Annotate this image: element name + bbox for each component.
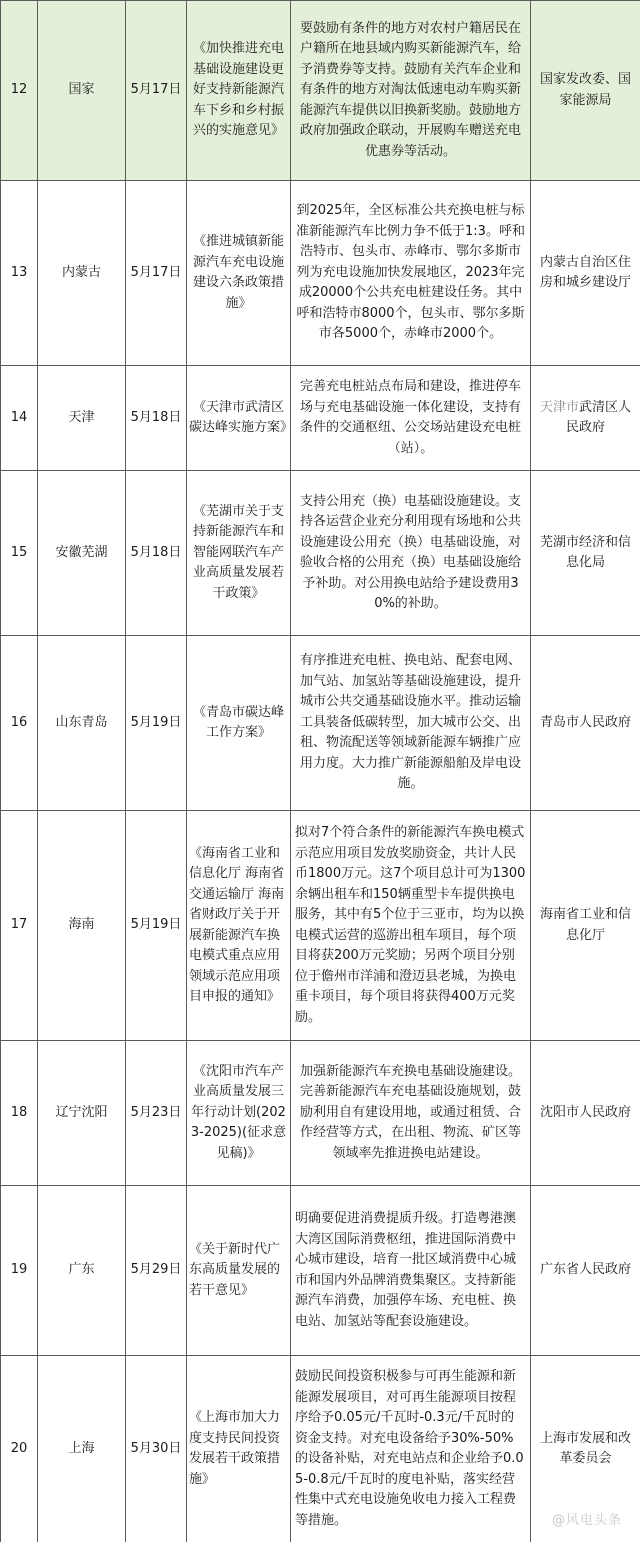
region-cell: 天津 bbox=[38, 366, 126, 471]
department-cell: 国家发改委、国家能源局 bbox=[531, 1, 640, 181]
row-number: 13 bbox=[1, 181, 38, 366]
table-row: 19 广东 5月29日 《关于新时代广东高质量发展的若干意见》 明确要促进消费提… bbox=[1, 1186, 640, 1356]
table-row: 18 辽宁沈阳 5月23日 《沈阳市汽车产业高质量发展三年行动计划(2023-2… bbox=[1, 1041, 640, 1186]
department-cell: 沈阳市人民政府 bbox=[531, 1041, 640, 1186]
region-cell: 安徽芜湖 bbox=[38, 471, 126, 636]
region-cell: 广东 bbox=[38, 1186, 126, 1356]
date-cell: 5月19日 bbox=[126, 811, 187, 1041]
date-cell: 5月30日 bbox=[126, 1356, 187, 1542]
policy-table: 12 国家 5月17日 《加快推进充电基础设施建设更好支持新能源汽车下乡和乡村振… bbox=[0, 0, 640, 1542]
table-row: 15 安徽芜湖 5月18日 《芜湖市关于支持新能源汽车和智能网联汽车产业高质量发… bbox=[1, 471, 640, 636]
policy-title-cell: 《青岛市碳达峰工作方案》 bbox=[187, 636, 291, 811]
region-cell: 内蒙古 bbox=[38, 181, 126, 366]
date-cell: 5月23日 bbox=[126, 1041, 187, 1186]
row-number: 16 bbox=[1, 636, 38, 811]
region-cell: 辽宁沈阳 bbox=[38, 1041, 126, 1186]
policy-table-page: 12 国家 5月17日 《加快推进充电基础设施建设更好支持新能源汽车下乡和乡村振… bbox=[0, 0, 640, 1542]
department-cell: 青岛市人民政府 bbox=[531, 636, 640, 811]
policy-title-cell: 《关于新时代广东高质量发展的若干意见》 bbox=[187, 1186, 291, 1356]
policy-content-cell: 加强新能源汽车充换电基础设施建设。完善新能源汽车充电基础设施规划，鼓励利用自有建… bbox=[291, 1041, 531, 1186]
policy-title-cell: 《沈阳市汽车产业高质量发展三年行动计划(2023-2025)(征求意见稿)》 bbox=[187, 1041, 291, 1186]
table-row: 14 天津 5月18日 《天津市武清区碳达峰实施方案》 完善充电桩站点布局和建设… bbox=[1, 366, 640, 471]
date-cell: 5月17日 bbox=[126, 181, 187, 366]
department-cell: 广东省人民政府 bbox=[531, 1186, 640, 1356]
region-cell: 国家 bbox=[38, 1, 126, 181]
row-number: 12 bbox=[1, 1, 38, 181]
row-number: 15 bbox=[1, 471, 38, 636]
policy-content-cell: 支持公用充（换）电基础设施建设。支持各运营企业充分利用现有场地和公共设施建设公用… bbox=[291, 471, 531, 636]
policy-title-cell: 《海南省工业和信息化厅 海南省交通运输厅 海南省财政厅关于开展新能源汽车换电模式… bbox=[187, 811, 291, 1041]
department-cell: 内蒙古自治区住房和城乡建设厅 bbox=[531, 181, 640, 366]
region-cell: 海南 bbox=[38, 811, 126, 1041]
table-row: 20 上海 5月30日 《上海市加大力度支持民间投资发展若干政策措施》 鼓励民间… bbox=[1, 1356, 640, 1542]
table-row: 17 海南 5月19日 《海南省工业和信息化厅 海南省交通运输厅 海南省财政厅关… bbox=[1, 811, 640, 1041]
policy-title-cell: 《芜湖市关于支持新能源汽车和智能网联汽车产业高质量发展若干政策》 bbox=[187, 471, 291, 636]
department-cell: 天津市武清区人民政府 bbox=[531, 366, 640, 471]
policy-content-cell: 有序推进充电桩、换电站、配套电网、加气站、加氢站等基础设施建设，提升城市公共交通… bbox=[291, 636, 531, 811]
department-cell: 海南省工业和信息化厅 bbox=[531, 811, 640, 1041]
policy-content-cell: 拟对7个符合条件的新能源汽车换电模式示范应用项目发放奖励资金，共计人民币1800… bbox=[291, 811, 531, 1041]
row-number: 20 bbox=[1, 1356, 38, 1542]
row-number: 18 bbox=[1, 1041, 38, 1186]
department-cell: 芜湖市经济和信息化局 bbox=[531, 471, 640, 636]
region-cell: 上海 bbox=[38, 1356, 126, 1542]
policy-content-cell: 要鼓励有条件的地方对农村户籍居民在户籍所在地县域内购买新能源汽车，给予消费券等支… bbox=[291, 1, 531, 181]
row-number: 17 bbox=[1, 811, 38, 1041]
policy-title-cell: 《加快推进充电基础设施建设更好支持新能源汽车下乡和乡村振兴的实施意见》 bbox=[187, 1, 291, 181]
row-number: 14 bbox=[1, 366, 38, 471]
date-cell: 5月17日 bbox=[126, 1, 187, 181]
policy-title-cell: 《上海市加大力度支持民间投资发展若干政策措施》 bbox=[187, 1356, 291, 1542]
date-cell: 5月18日 bbox=[126, 366, 187, 471]
date-cell: 5月29日 bbox=[126, 1186, 187, 1356]
watermark: @风电头条 bbox=[552, 1509, 622, 1528]
policy-content-cell: 鼓励民间投资积极参与可再生能源和新能源发展项目，对可再生能源项目按程序给予0.0… bbox=[291, 1356, 531, 1542]
policy-content-cell: 明确要促进消费提质升级。打造粤港澳大湾区国际消费枢纽，推进国际消费中心城市建设，… bbox=[291, 1186, 531, 1356]
table-row: 16 山东青岛 5月19日 《青岛市碳达峰工作方案》 有序推进充电桩、换电站、配… bbox=[1, 636, 640, 811]
table-row: 12 国家 5月17日 《加快推进充电基础设施建设更好支持新能源汽车下乡和乡村振… bbox=[1, 1, 640, 181]
department-prefix: 天津市 bbox=[540, 400, 579, 415]
region-cell: 山东青岛 bbox=[38, 636, 126, 811]
date-cell: 5月18日 bbox=[126, 471, 187, 636]
policy-title-cell: 《推进城镇新能源汽车充电设施建设六条政策措施》 bbox=[187, 181, 291, 366]
policy-content-cell: 到2025年，全区标准公共充换电桩与标准新能源汽车比例力争不低于1:3。呼和浩特… bbox=[291, 181, 531, 366]
date-cell: 5月19日 bbox=[126, 636, 187, 811]
policy-title-cell: 《天津市武清区碳达峰实施方案》 bbox=[187, 366, 291, 471]
row-number: 19 bbox=[1, 1186, 38, 1356]
policy-content-cell: 完善充电桩站点布局和建设，推进停车场与充电基础设施一体化建设，支持有条件的交通枢… bbox=[291, 366, 531, 471]
table-row: 13 内蒙古 5月17日 《推进城镇新能源汽车充电设施建设六条政策措施》 到20… bbox=[1, 181, 640, 366]
